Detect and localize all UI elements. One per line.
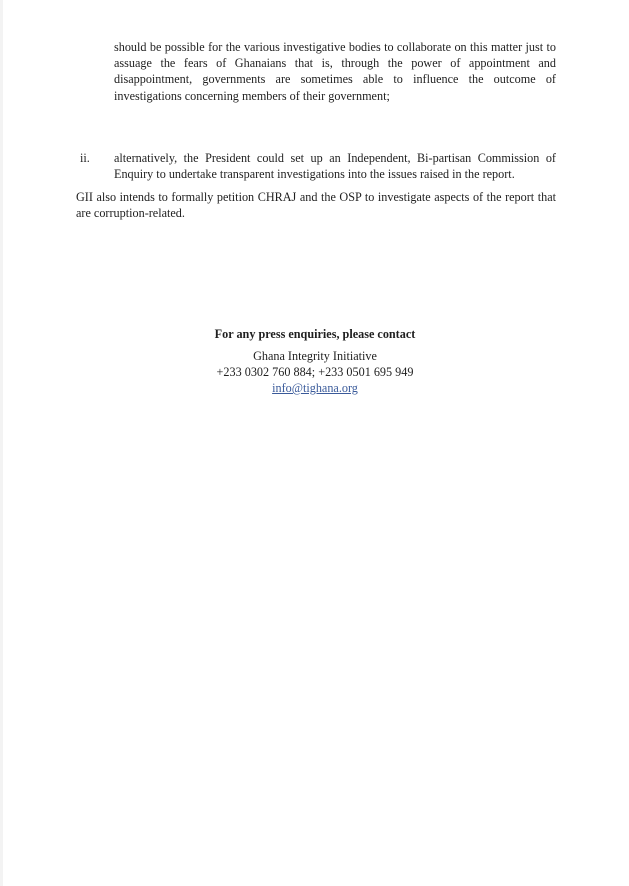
list-item-text: alternatively, the President could set u… xyxy=(114,150,556,182)
closing-paragraph: GII also intends to formally petition CH… xyxy=(76,189,556,221)
press-contact-block: For any press enquiries, please contact … xyxy=(140,326,490,396)
contact-email-link[interactable]: info@tighana.org xyxy=(272,381,358,395)
list-item-number: ii. xyxy=(78,150,114,182)
contact-organization: Ghana Integrity Initiative xyxy=(140,348,490,364)
closing-paragraph-text: GII also intends to formally petition CH… xyxy=(76,190,556,220)
contact-phones: +233 0302 760 884; +233 0501 695 949 xyxy=(140,364,490,380)
document-page: should be possible for the various inves… xyxy=(0,0,629,886)
continuation-paragraph-text: should be possible for the various inves… xyxy=(114,40,556,103)
contact-heading: For any press enquiries, please contact xyxy=(140,326,490,342)
continuation-paragraph: should be possible for the various inves… xyxy=(114,39,556,104)
list-item: ii. alternatively, the President could s… xyxy=(78,150,556,182)
